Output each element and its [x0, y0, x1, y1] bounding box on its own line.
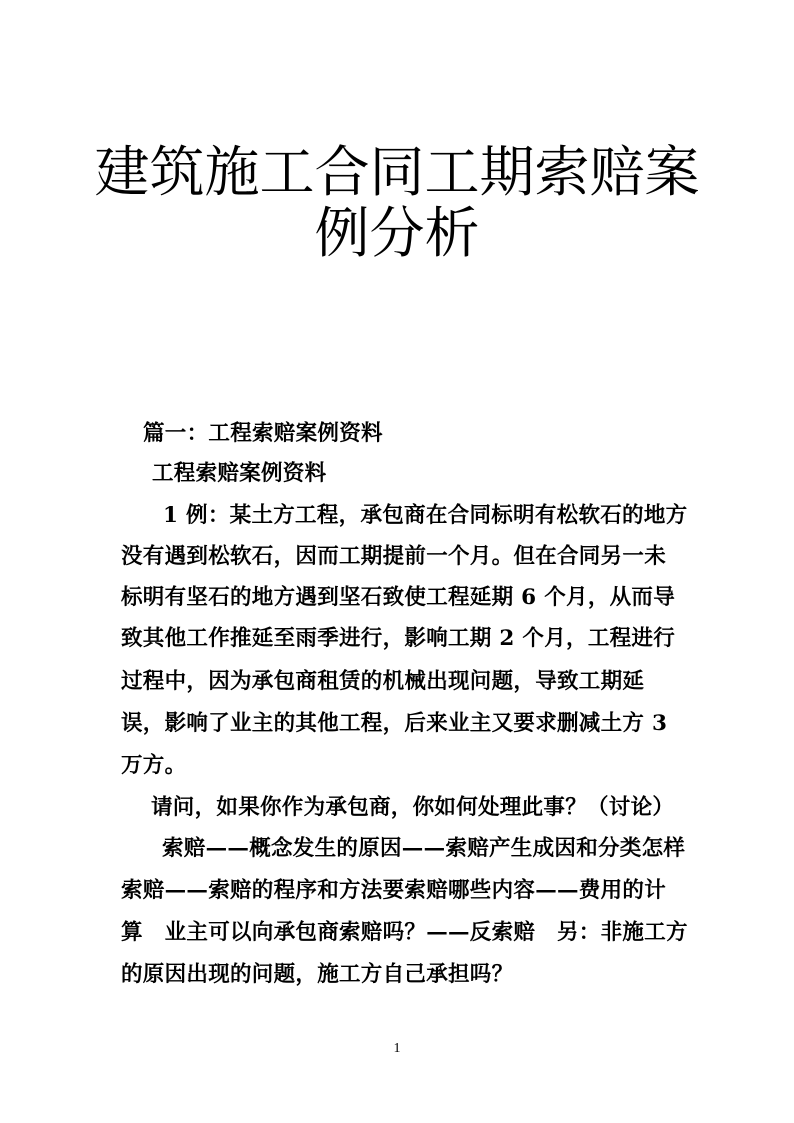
body-line-12: 的原因出现的问题，施工方自己承担吗？ — [121, 962, 513, 988]
body-line-3: 标明有坚石的地方遇到坚石致使工程延期 6 个月，从而导 — [121, 585, 675, 611]
body-line-7: 万方。 — [121, 753, 186, 779]
section-heading: 篇一：工程索赔案例资料 — [143, 421, 383, 447]
body-line-4: 致其他工作推延至雨季进行，影响工期 2 个月，工程进行 — [121, 626, 675, 652]
body-line-2: 没有遇到松软石，因而工期提前一个月。但在合同另一未 — [121, 544, 666, 570]
body-line-1: 1 例：某土方工程，承包商在合同标明有松软石的地方 — [163, 503, 687, 529]
body-line-11: 算 业主可以向承包商索赔吗？——反索赔 另：非施工方 — [121, 920, 688, 946]
body-line-9: 索赔——概念发生的原因——索赔产生成因和分类怎样 — [162, 836, 685, 862]
body-line-10: 索赔——索赔的程序和方法要索赔哪些内容——费用的计 — [121, 878, 666, 904]
body-line-5: 过程中，因为承包商租赁的机械出现问题，导致工期延 — [121, 669, 644, 695]
subheading: 工程索赔案例资料 — [152, 461, 326, 487]
document-title-line-1: 建筑施工合同工期索赔案 — [0, 142, 794, 202]
document-page: 建筑施工合同工期索赔案 例分析 篇一：工程索赔案例资料 工程索赔案例资料 1 例… — [0, 0, 794, 1123]
document-title-line-2: 例分析 — [0, 203, 794, 263]
body-line-6: 误，影响了业主的其他工程，后来业主又要求删减土方 3 — [121, 711, 667, 737]
page-number: 1 — [0, 1041, 794, 1057]
question-line: 请问，如果你作为承包商，你如何处理此事？（讨论） — [151, 795, 674, 821]
